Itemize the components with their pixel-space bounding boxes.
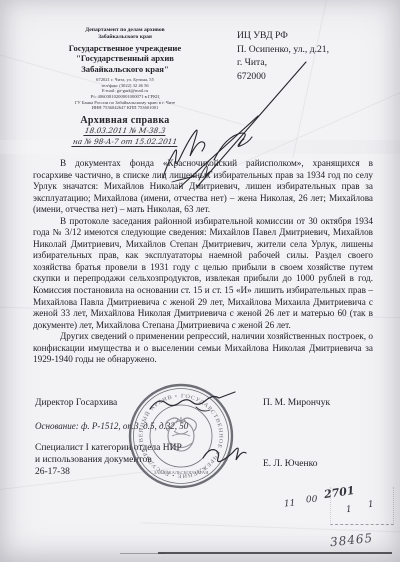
paragraph-fund-records: В документах фонда «Красночикойский райи…: [33, 158, 373, 216]
letterhead-organization-name: Государственное учреждение "Государствен…: [38, 43, 212, 74]
letterhead-contacts: 672021 г. Чита, ул. Бутина, 55 тел/факс …: [38, 77, 212, 111]
scan-edge-line: [120, 553, 165, 554]
director-title: Директор Госархива: [35, 398, 117, 408]
handwritten-digit: 1: [367, 500, 374, 511]
recipient-line: г. Чита,: [237, 56, 329, 70]
letterhead-org-line: Государственное учреждение: [38, 43, 212, 53]
contact-line: ИНН 7536042647 КПП 753601001: [38, 105, 212, 111]
recipient-line: ИЦ УВД РФ: [237, 29, 329, 43]
handwritten-digit: 00: [306, 495, 318, 506]
stamp-bottom-text: ЗАБАЙКАЛЬСКОГО КРАЯ: [154, 470, 209, 475]
handwritten-page-number: 38465: [329, 531, 373, 549]
paragraph-no-other-info: Других сведений о применении репрессий, …: [33, 331, 373, 366]
letterhead-org-line: Забайкальского края": [38, 64, 212, 74]
scanned-archival-certificate: Департамент по делам архивов Забайкальск…: [0, 0, 400, 562]
recipient-line: П. Осипенко, ул., д.21,: [237, 43, 329, 57]
scan-edge-line: [158, 552, 392, 554]
handwritten-doc-number: 18.03.2011 № М-38.3: [37, 126, 212, 137]
recipient-address: ИЦ УВД РФ П. Осипенко, ул., д.21, г. Чит…: [237, 29, 329, 83]
letterhead-department-line: Департамент по делам архивов: [38, 27, 212, 34]
round-official-stamp: ГОСУДАРСТВЕННОЕ УЧРЕЖДЕНИЕ • ГОСУДАРСТВЕ…: [126, 381, 236, 491]
stamp-emblem: [166, 417, 197, 451]
document-title: Архивная справка: [38, 115, 212, 126]
stamp-ring-text: ГОСУДАРСТВЕННОЕ УЧРЕЖДЕНИЕ • ГОСУДАРСТВЕ…: [138, 393, 223, 478]
handwritten-ref-number: на № 98-А-7 от 15.02.2011: [37, 137, 212, 148]
paragraph-commission-protocol: В протоколе заседания районной избирател…: [33, 216, 373, 331]
letterhead: Департамент по делам архивов Забайкальск…: [38, 27, 212, 147]
stamp-core-ring: [150, 405, 212, 467]
ref-number-value: на № 98-А-7 от 15.02.2011: [71, 137, 179, 147]
handwritten-digit: 11: [284, 499, 296, 510]
specialist-phone: 26-17-38: [35, 467, 70, 477]
director-name: П. М. Мирончук: [263, 398, 330, 408]
letterhead-department-line: Забайкальского края: [38, 34, 212, 41]
specialist-name: Е. Л. Юченко: [263, 459, 317, 469]
recipient-line: 672000: [237, 70, 329, 84]
letterhead-org-line: "Государственный архив: [38, 53, 212, 63]
handwritten-digit: 1: [345, 505, 352, 516]
doc-number-value: 18.03.2011 № М-38.3: [83, 126, 167, 136]
document-body: В документах фонда «Красночикойский райи…: [33, 158, 373, 366]
